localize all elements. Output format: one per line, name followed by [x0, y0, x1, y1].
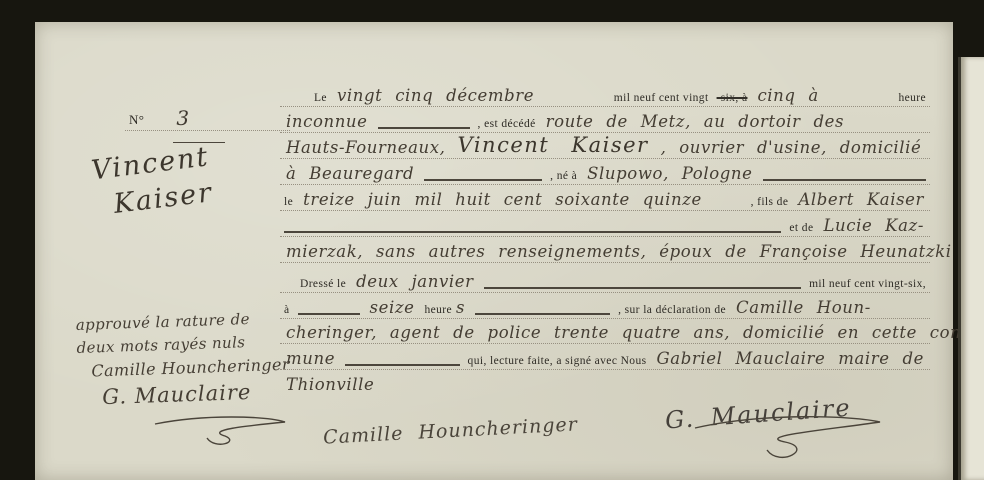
margin-signature-mayor: G. Mauclaire	[78, 379, 309, 410]
act-line-5: le treize juin mil huit cent soixante qu…	[280, 186, 930, 211]
blank-rule	[424, 177, 542, 181]
printed-fils-de: , fils de	[747, 196, 793, 210]
hw-year-correction: cinq à	[751, 86, 824, 106]
hw-occupation: , ouvrier d'usine, domicilié	[655, 138, 928, 158]
act-number-label: N°	[125, 112, 148, 130]
printed-heures: heure	[420, 304, 456, 318]
act-line-2: inconnue , est décédé route de Metz, au …	[280, 108, 930, 133]
blank-rule	[378, 125, 470, 129]
printed-le2: le	[280, 196, 297, 210]
act-number-value: 3	[148, 106, 189, 130]
blank-rule	[298, 311, 360, 315]
scanned-death-record: N° 3 Vincent Kaiser approuvé la rature d…	[0, 0, 984, 480]
printed-year: mil neuf cent vingt	[610, 92, 713, 106]
act-line-10: cheringer, agent de police trente quatre…	[280, 319, 930, 344]
act-line-11: mune qui, lecture faite, a signé avec No…	[280, 345, 930, 370]
hw-declarant-details: cheringer, agent de police trente quatre…	[280, 323, 979, 343]
act-number-row: N° 3	[125, 108, 290, 131]
act-line-7: mierzak, sans autres renseignements, épo…	[280, 238, 930, 263]
hw-place-continued: Hauts-Fourneaux,	[280, 138, 452, 158]
hw-residence: à Beauregard	[280, 164, 420, 184]
printed-ne-a: , né à	[546, 170, 581, 184]
marginal-approval-note: approuvé la rature de deux mots rayés nu…	[75, 306, 308, 410]
hw-birth-date: treize juin mil huit cent soixante quinz…	[297, 190, 708, 210]
printed-record-year: mil neuf cent vingt-six,	[805, 278, 930, 292]
act-line-9: à seize heure s , sur la déclaration de …	[280, 294, 930, 319]
hw-record-date: deux janvier	[350, 272, 480, 292]
blank-rule	[484, 285, 801, 289]
signature-declarant: Camille Houncheringer	[323, 413, 579, 448]
printed-heure: heure	[894, 92, 930, 106]
act-line-12: Thionville	[280, 371, 930, 395]
act-line-6: et de Lucie Kaz-	[280, 212, 930, 237]
blank-rule	[284, 229, 781, 233]
approval-note-line2: deux mots rayés nuls	[76, 333, 245, 357]
hw-declarant-name: Camille Houn-	[730, 298, 877, 318]
hw-commune: mune	[280, 349, 341, 369]
act-line-4: à Beauregard , né à Slupowo, Pologne	[280, 160, 930, 185]
printed-a: à	[280, 304, 294, 318]
mayor-signature-flourish	[675, 410, 895, 470]
hw-mother-name: Lucie Kaz-	[817, 216, 930, 236]
margin-signature-flourish	[145, 412, 295, 452]
document-page: N° 3 Vincent Kaiser approuvé la rature d…	[35, 22, 953, 480]
hw-mayor-name: Gabriel Mauclaire maire de	[650, 349, 930, 369]
printed-est-decede: , est décédé	[474, 118, 540, 132]
margin-signature-declarant: Camille Houncheringer	[77, 352, 308, 383]
hw-mother-name-continued-spouse: mierzak, sans autres renseignements, épo…	[280, 242, 958, 262]
printed-et-de: et de	[785, 222, 817, 236]
printed-le: Le	[280, 92, 331, 106]
act-line-3: Hauts-Fourneaux, Vincent Kaiser , ouvrie…	[280, 134, 930, 159]
hw-deceased-full-name: Vincent Kaiser	[452, 133, 655, 158]
printed-dresse-le: Dressé le	[280, 278, 350, 292]
act-line-8: Dressé le deux janvier mil neuf cent vin…	[280, 268, 930, 293]
blank-rule	[763, 177, 926, 181]
act-line-1: Le vingt cinq décembre mil neuf cent vin…	[280, 82, 930, 107]
hw-father-name: Albert Kaiser	[792, 190, 930, 210]
approval-note-line1: approuvé la rature de	[75, 310, 250, 334]
printed-sur-declaration: , sur la déclaration de	[614, 304, 730, 318]
hw-thionville: Thionville	[280, 375, 380, 395]
hw-death-place: route de Metz, au dortoir des	[540, 112, 850, 132]
printed-lecture-faite: qui, lecture faite, a signé avec Nous	[464, 355, 651, 369]
printed-struck-words: -six, à	[713, 92, 752, 106]
hw-hour-unknown: inconnue	[280, 112, 374, 132]
hw-birthplace: Slupowo, Pologne	[581, 164, 758, 184]
hw-heures-s: s	[456, 298, 471, 318]
adjacent-page-edge	[958, 57, 984, 480]
hw-record-hour: seize	[364, 298, 421, 318]
blank-rule	[345, 362, 459, 366]
hw-death-date: vingt cinq décembre	[331, 86, 540, 106]
blank-rule	[475, 311, 610, 315]
